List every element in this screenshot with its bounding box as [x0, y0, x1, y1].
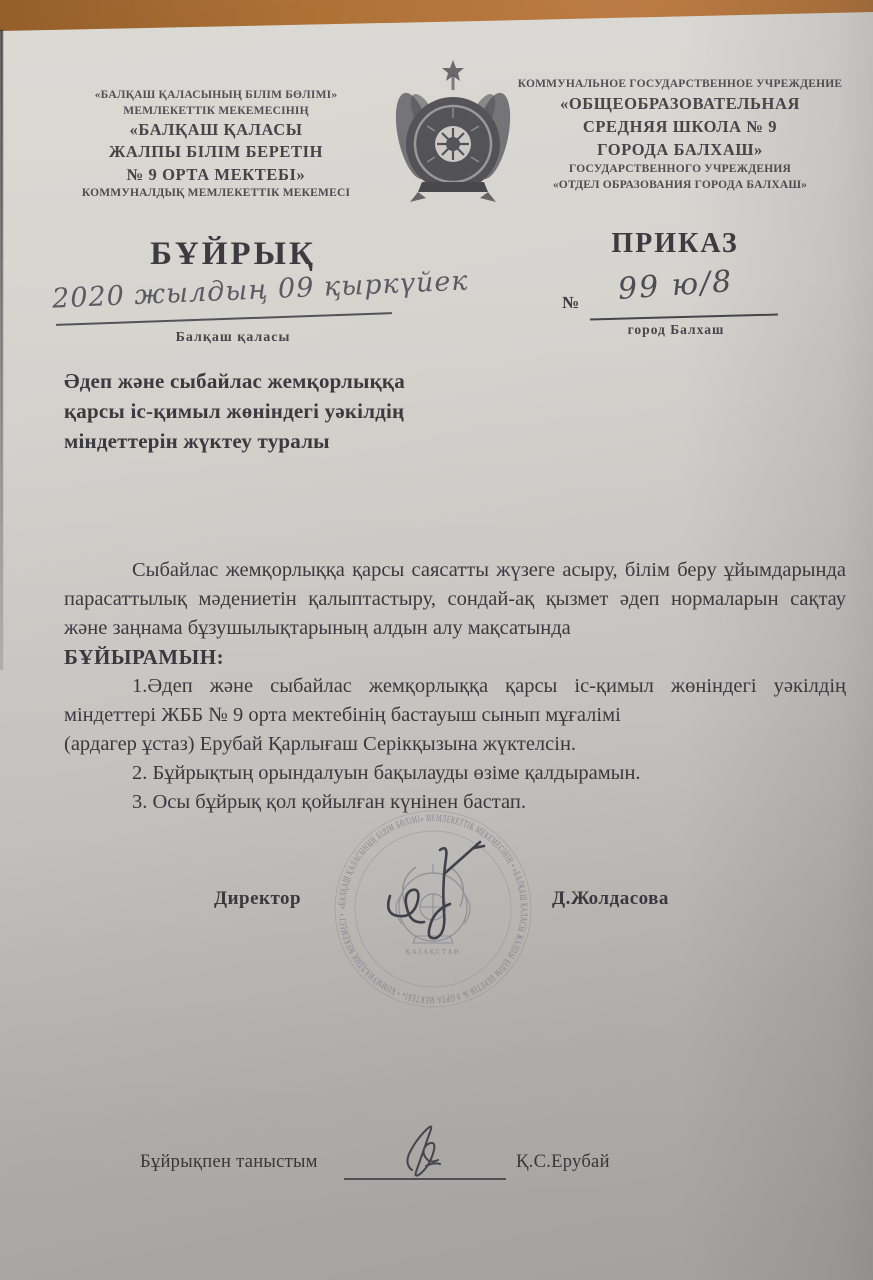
org-header-kk: «БАЛҚАШ ҚАЛАСЫНЫҢ БІЛІМ БӨЛІМІ» МЕМЛЕКЕТ…	[80, 88, 352, 201]
paper-left-edge-shadow	[0, 30, 3, 670]
org-ru-line: «ОБЩЕОБРАЗОВАТЕЛЬНАЯ	[510, 92, 850, 115]
order-item-2: 2. Бұйрықтың орындалуын бақылауды өзіме …	[64, 759, 846, 788]
acknowledgement-name: Қ.С.Ерубай	[516, 1152, 610, 1173]
acknowledgement-signature	[382, 1108, 462, 1188]
order-subject: Әдеп және сыбайлас жемқорлыққа қарсы іс-…	[64, 366, 494, 456]
org-ru-line: ГОРОДА БАЛХАШ»	[510, 138, 850, 161]
official-stamp: «БАЛҚАШ ҚАЛАСЫНЫҢ БІЛІМ БӨЛІМІ» МЕМЛЕКЕТ…	[328, 804, 538, 1014]
director-name: Д.Жолдасова	[552, 888, 669, 910]
body-paragraph: Сыбайлас жемқорлыққа қарсы саясатты жүзе…	[64, 556, 846, 643]
order-item-1-cont: (ардагер ұстаз) Ерубай Қарлығаш Серікқыз…	[64, 730, 846, 759]
org-ru-line: «ОТДЕЛ ОБРАЗОВАНИЯ ГОРОДА БАЛХАШ»	[510, 177, 850, 193]
place-ru: город Балхаш	[600, 322, 752, 338]
org-header-ru: КОММУНАЛЬНОЕ ГОСУДАРСТВЕННОЕ УЧРЕЖДЕНИЕ …	[510, 76, 850, 194]
org-kk-line: «БАЛҚАШ ҚАЛАСЫНЫҢ БІЛІМ БӨЛІМІ»	[80, 88, 352, 104]
org-ru-line: КОММУНАЛЬНОЕ ГОСУДАРСТВЕННОЕ УЧРЕЖДЕНИЕ	[510, 76, 850, 92]
state-emblem-icon	[392, 56, 514, 208]
subject-line: қарсы іс-қимыл жөніндегі уәкілдің	[64, 396, 494, 426]
place-kk: Балқаш қаласы	[92, 330, 374, 346]
document-photo: «БАЛҚАШ ҚАЛАСЫНЫҢ БІЛІМ БӨЛІМІ» МЕМЛЕКЕТ…	[0, 0, 873, 1280]
order-title-kk: БҰЙРЫҚ	[88, 236, 378, 273]
org-ru-line: ГОСУДАРСТВЕННОГО УЧРЕЖДЕНИЯ	[510, 161, 850, 177]
order-item-1: 1.Әдеп және сыбайлас жемқорлыққа қарсы і…	[64, 672, 846, 730]
resolution-word: БҰЙЫРАМЫН:	[64, 643, 846, 672]
org-kk-line: КОММУНАЛДЫҚ МЕМЛЕКЕТТІК МЕКЕМЕСІ	[80, 186, 352, 202]
stamp-inner-text: ҚАЗАҚСТАН	[406, 948, 461, 956]
subject-line: Әдеп және сыбайлас жемқорлыққа	[64, 366, 494, 396]
order-title-ru: ПРИКАЗ	[580, 228, 770, 260]
org-kk-line: МЕМЛЕКЕТТІК МЕКЕМЕСІНІҢ	[80, 104, 352, 120]
org-kk-line: «БАЛҚАШ ҚАЛАСЫ	[80, 119, 352, 141]
subject-line: міндеттерін жүктеу туралы	[64, 426, 494, 456]
org-kk-line: ЖАЛПЫ БІЛІМ БЕРЕТІН	[80, 141, 352, 163]
director-label: Директор	[214, 888, 301, 910]
org-ru-line: СРЕДНЯЯ ШКОЛА № 9	[510, 115, 850, 138]
order-body: Сыбайлас жемқорлыққа қарсы саясатты жүзе…	[64, 556, 846, 817]
order-number-label: №	[562, 293, 579, 313]
acknowledgement-label: Бұйрықпен таныстым	[140, 1152, 318, 1173]
org-kk-line: № 9 ОРТА МЕКТЕБІ»	[80, 164, 352, 186]
